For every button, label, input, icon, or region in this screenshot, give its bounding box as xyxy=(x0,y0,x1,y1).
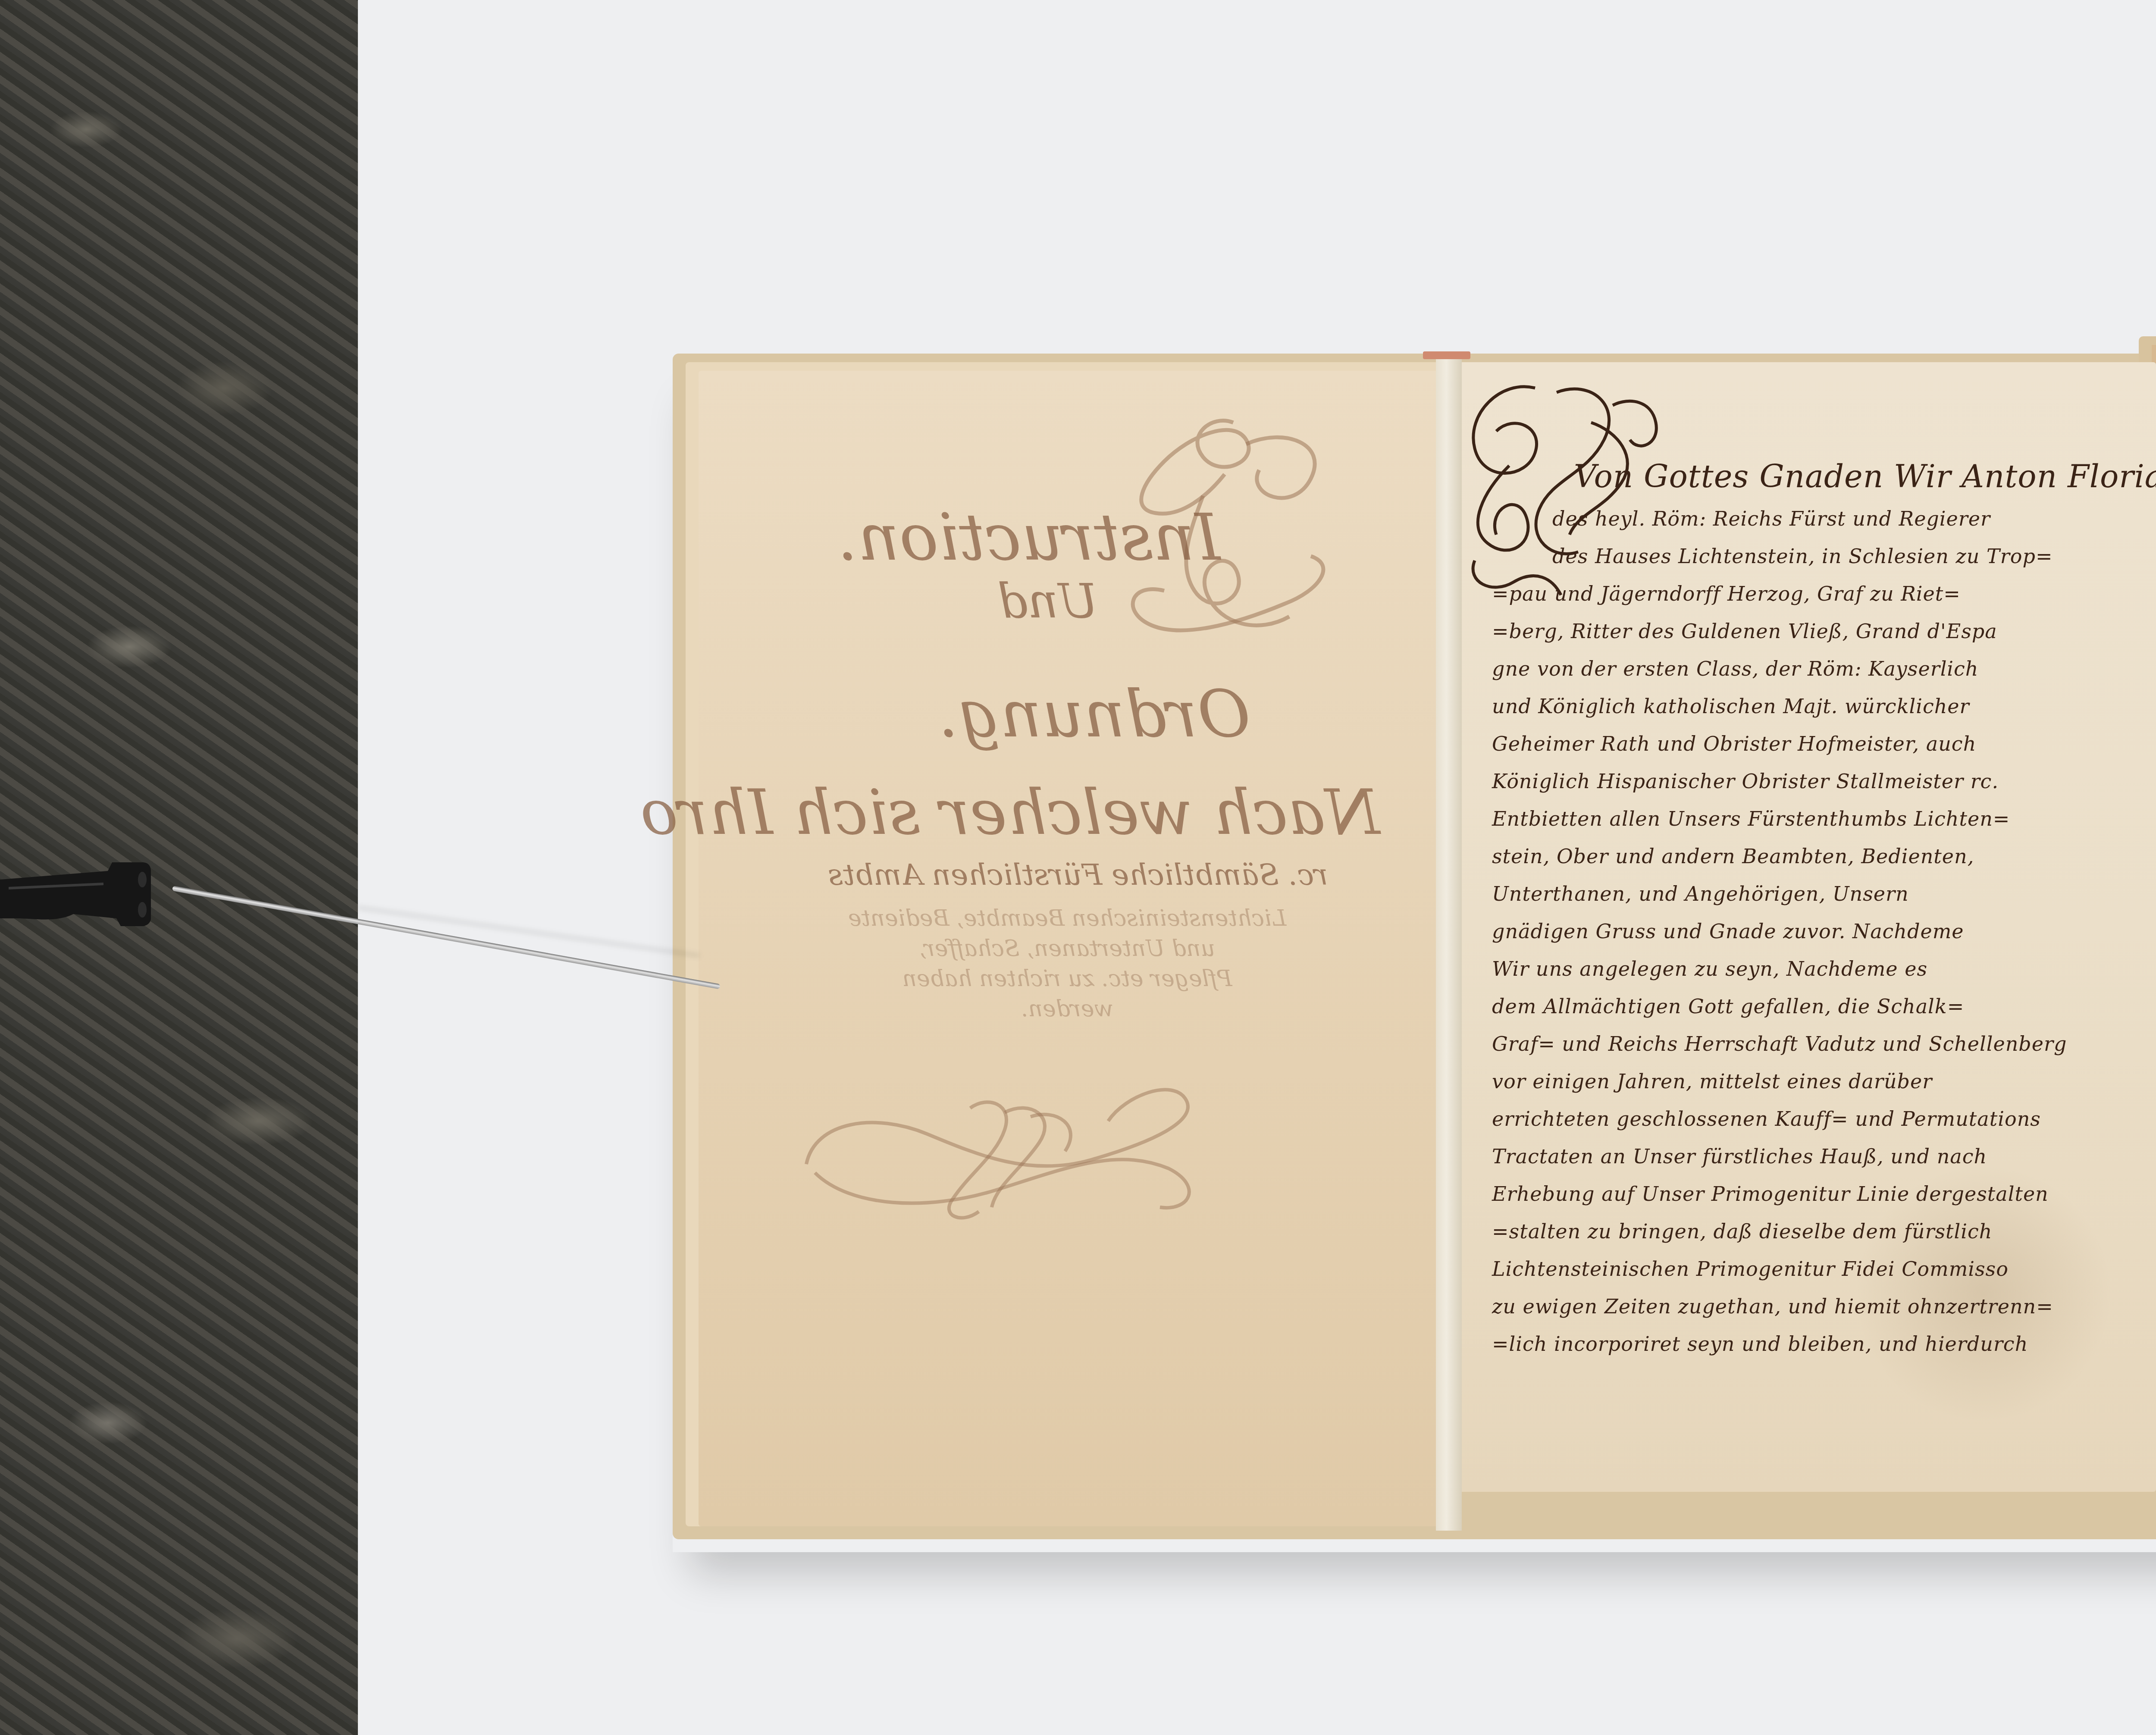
manuscript-line: stein, Ober und andern Beambten, Bedient… xyxy=(1492,838,2130,875)
manuscript-line: Königlich Hispanischer Obrister Stallmei… xyxy=(1492,763,2130,800)
manuscript-text: Von Gottes Gnaden Wir Anton Florian des … xyxy=(1492,453,2130,1363)
manuscript-line: zu ewigen Zeiten zugethan, und hiemit oh… xyxy=(1492,1288,2130,1325)
bleed-title-ordnung: Ordnung. xyxy=(949,677,1250,752)
manuscript-line: gne von der ersten Class, der Röm: Kayse… xyxy=(1492,650,2130,688)
bleed-faint-line: Pfleger etc. zu richten haben xyxy=(819,966,1315,992)
bleed-faint-line: Lichtensteinischen Beambte, Bediente xyxy=(819,905,1315,931)
manuscript-line: =lich incorporiret seyn und bleiben, und… xyxy=(1492,1325,2130,1363)
manuscript-line: Geheimer Rath und Obrister Hofmeister, a… xyxy=(1492,725,2130,763)
manuscript-line: =berg, Ritter des Guldenen Vließ, Grand … xyxy=(1492,613,2130,650)
manuscript-line: =pau und Jägerndorff Herzog, Graf zu Rie… xyxy=(1492,575,2130,613)
bleed-title-instruction: Instruction. xyxy=(875,500,1220,575)
manuscript-heading: Von Gottes Gnaden Wir Anton Florian xyxy=(1492,453,2130,500)
bleed-title-nach-welcher: Nach welcher sich Ihro xyxy=(776,776,1380,849)
manuscript-line: Graf= und Reichs Herrschaft Vadutz und S… xyxy=(1492,1025,2130,1063)
bleed-faint-line: werden. xyxy=(819,996,1315,1022)
probe-handle-icon xyxy=(0,854,172,931)
bleed-title-saembtliche: rc. Sämbtliche Fürstlichen Ambts xyxy=(776,858,1380,892)
bleed-flourish-bottom-icon xyxy=(789,1069,1220,1233)
headband xyxy=(1423,351,1470,359)
manuscript-line: vor einigen Jahren, mittelst eines darüb… xyxy=(1492,1063,2130,1100)
bleed-title-und: Und xyxy=(962,573,1134,629)
manuscript-line: des heyl. Röm: Reichs Fürst und Regierer xyxy=(1492,500,2130,538)
manuscript-line: und Königlich katholischen Majt. würckli… xyxy=(1492,688,2130,725)
manuscript-line: Entbietten allen Unsers Fürstenthumbs Li… xyxy=(1492,800,2130,838)
manuscript-line: errichteten geschlossenen Kauff= und Per… xyxy=(1492,1100,2130,1138)
manuscript-line: gnädigen Gruss und Gnade zuvor. Nachdeme xyxy=(1492,913,2130,950)
manuscript-line: dem Allmächtigen Gott gefallen, die Scha… xyxy=(1492,988,2130,1025)
manuscript-line: Unterthanen, und Angehörigen, Unsern xyxy=(1492,875,2130,913)
manuscript-line: Wir uns angelegen zu seyn, Nachdeme es xyxy=(1492,950,2130,988)
manuscript-line: des Hauses Lichtenstein, in Schlesien zu… xyxy=(1492,538,2130,575)
manuscript-line: Erhebung auf Unser Primogenitur Linie de… xyxy=(1492,1175,2130,1213)
manuscript-line: =stalten zu bringen, daß dieselbe dem fü… xyxy=(1492,1213,2130,1250)
bleed-faint-line: und Untertanen, Schaffer, xyxy=(819,936,1315,961)
manuscript-line: Tractaten an Unser fürstliches Hauß, und… xyxy=(1492,1138,2130,1175)
manuscript-line: Lichtensteinischen Primogenitur Fidei Co… xyxy=(1492,1250,2130,1288)
